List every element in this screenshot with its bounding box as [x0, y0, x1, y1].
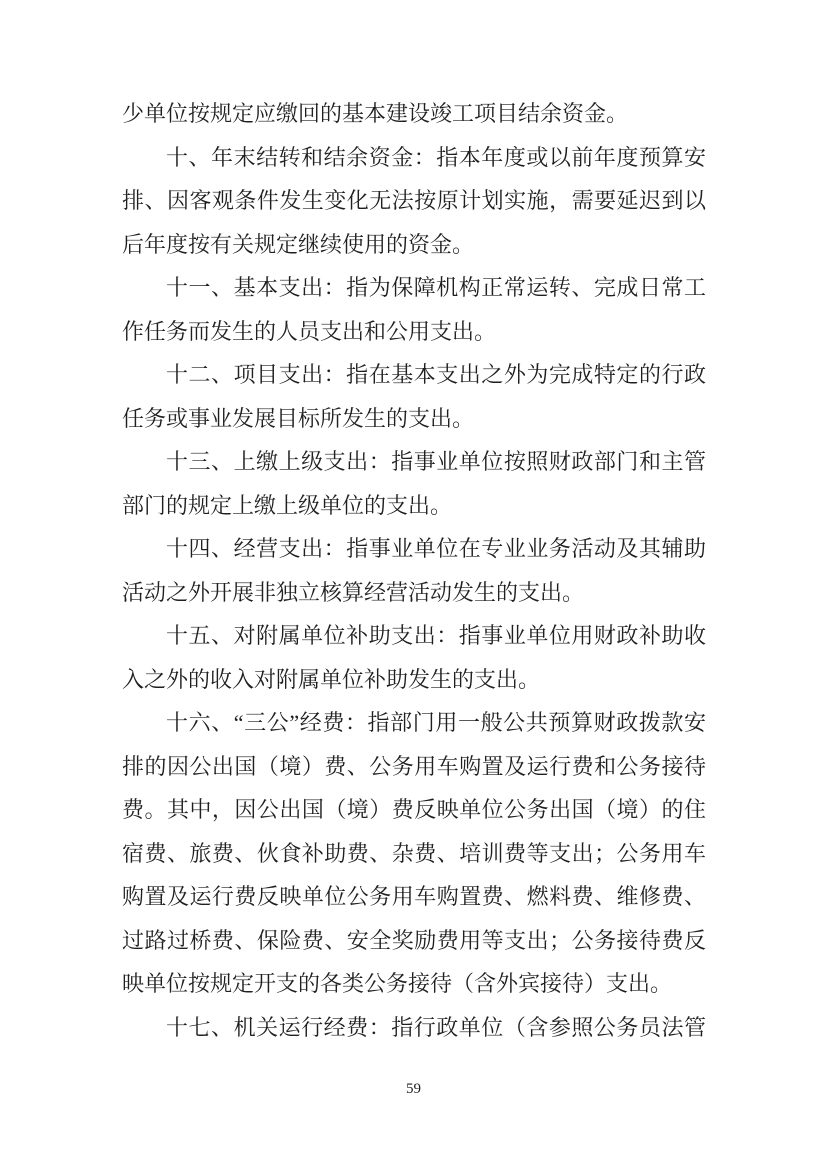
page-footer: 59 — [0, 1080, 827, 1098]
paragraph: 十五、对附属单位补助支出：指事业单位用财政补助收入之外的收入对附属单位补助发生的… — [122, 614, 706, 701]
paragraph: 十一、基本支出：指为保障机构正常运转、完成日常工作任务而发生的人员支出和公用支出… — [122, 266, 706, 353]
document-page: 少单位按规定应缴回的基本建设竣工项目结余资金。十、年末结转和结余资金：指本年度或… — [0, 0, 827, 1169]
document-body: 少单位按规定应缴回的基本建设竣工项目结余资金。十、年末结转和结余资金：指本年度或… — [122, 92, 706, 1049]
page-number: 59 — [406, 1081, 421, 1097]
paragraph: 十六、“三公”经费：指部门用一般公共预算财政拨款安排的因公出国（境）费、公务用车… — [122, 701, 706, 1006]
paragraph: 十、年末结转和结余资金：指本年度或以前年度预算安排、因客观条件发生变化无法按原计… — [122, 136, 706, 267]
paragraph: 十七、机关运行经费：指行政单位（含参照公务员法管 — [122, 1006, 706, 1050]
paragraph: 少单位按规定应缴回的基本建设竣工项目结余资金。 — [122, 92, 706, 136]
paragraph: 十三、上缴上级支出：指事业单位按照财政部门和主管部门的规定上缴上级单位的支出。 — [122, 440, 706, 527]
paragraph: 十二、项目支出：指在基本支出之外为完成特定的行政任务或事业发展目标所发生的支出。 — [122, 353, 706, 440]
paragraph: 十四、经营支出：指事业单位在专业业务活动及其辅助活动之外开展非独立核算经营活动发… — [122, 527, 706, 614]
